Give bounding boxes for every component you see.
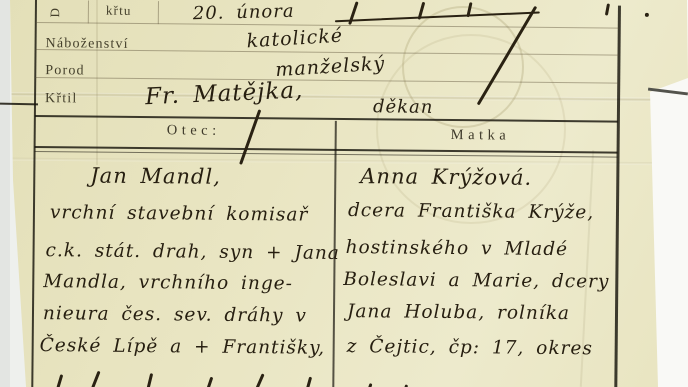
label-krtu: křtu bbox=[106, 3, 132, 19]
mother-line: hostinského v Mladé bbox=[346, 239, 569, 260]
entry-baptized-by: Fr. Matějka, bbox=[145, 79, 304, 109]
label-nabozenstvi: Náboženství bbox=[46, 36, 129, 53]
cutoff-handwriting-stroke bbox=[56, 374, 62, 387]
entry-baptized-by-title: děkan bbox=[373, 98, 434, 117]
entry-birth-legitimacy: manželský bbox=[275, 55, 386, 81]
cutoff-handwriting-stroke bbox=[305, 377, 311, 387]
cutoff-handwriting-stroke bbox=[335, 11, 540, 22]
cutoff-handwriting-stroke bbox=[147, 373, 153, 387]
father-line: Mandla, vrchního inge- bbox=[43, 273, 293, 294]
cutoff-handwriting-stroke bbox=[645, 13, 649, 17]
father-line: Jan Mandl, bbox=[90, 166, 221, 188]
label-krtil: Křtil bbox=[45, 91, 78, 107]
father-line: c.k. stát. drah, syn + Jana bbox=[45, 242, 339, 263]
entry-baptism-date: 20. února bbox=[193, 3, 295, 24]
column-header-mother: Matka bbox=[451, 127, 511, 145]
father-line: nieura čes. sev. dráhy v bbox=[43, 305, 307, 326]
cutoff-handwriting-stroke bbox=[605, 3, 610, 15]
cutoff-handwriting-stroke bbox=[206, 377, 213, 387]
father-line: České Lípě a + Františky, bbox=[40, 337, 326, 358]
scanned-document: D křtu Náboženství Porod Křtil Otec: Mat… bbox=[0, 0, 688, 387]
cell-divider bbox=[88, 0, 89, 23]
column-header-father: Otec: bbox=[167, 122, 221, 140]
table-border-left bbox=[31, 0, 37, 387]
pen-flourish-stroke bbox=[477, 6, 537, 106]
corner-letter: D bbox=[47, 7, 63, 18]
label-porod: Porod bbox=[45, 63, 85, 79]
mother-line: Jana Holuba, rolníka bbox=[347, 303, 570, 324]
entry-religion: katolické bbox=[246, 27, 343, 52]
cutoff-handwriting-stroke bbox=[255, 373, 264, 387]
cell-divider bbox=[158, 1, 159, 24]
header-rule-top bbox=[35, 115, 618, 123]
paper-sheet: D křtu Náboženství Porod Křtil Otec: Mat… bbox=[0, 0, 688, 387]
cutoff-handwriting-stroke bbox=[367, 383, 372, 387]
cutoff-handwriting-stroke bbox=[91, 371, 100, 387]
mother-line: Boleslavi a Marie, dcery bbox=[343, 271, 609, 292]
form-table: D křtu Náboženství Porod Křtil Otec: Mat… bbox=[0, 0, 688, 387]
mother-line: Anna Krýžová. bbox=[360, 166, 532, 189]
father-line: vrchní stavební komisař bbox=[50, 204, 309, 225]
table-border-right bbox=[614, 6, 621, 387]
scan-background-left bbox=[0, 0, 10, 387]
mother-line: dcera Františka Krýže, bbox=[348, 202, 594, 223]
mother-line: z Čejtic, čp: 17, okres bbox=[347, 338, 593, 359]
